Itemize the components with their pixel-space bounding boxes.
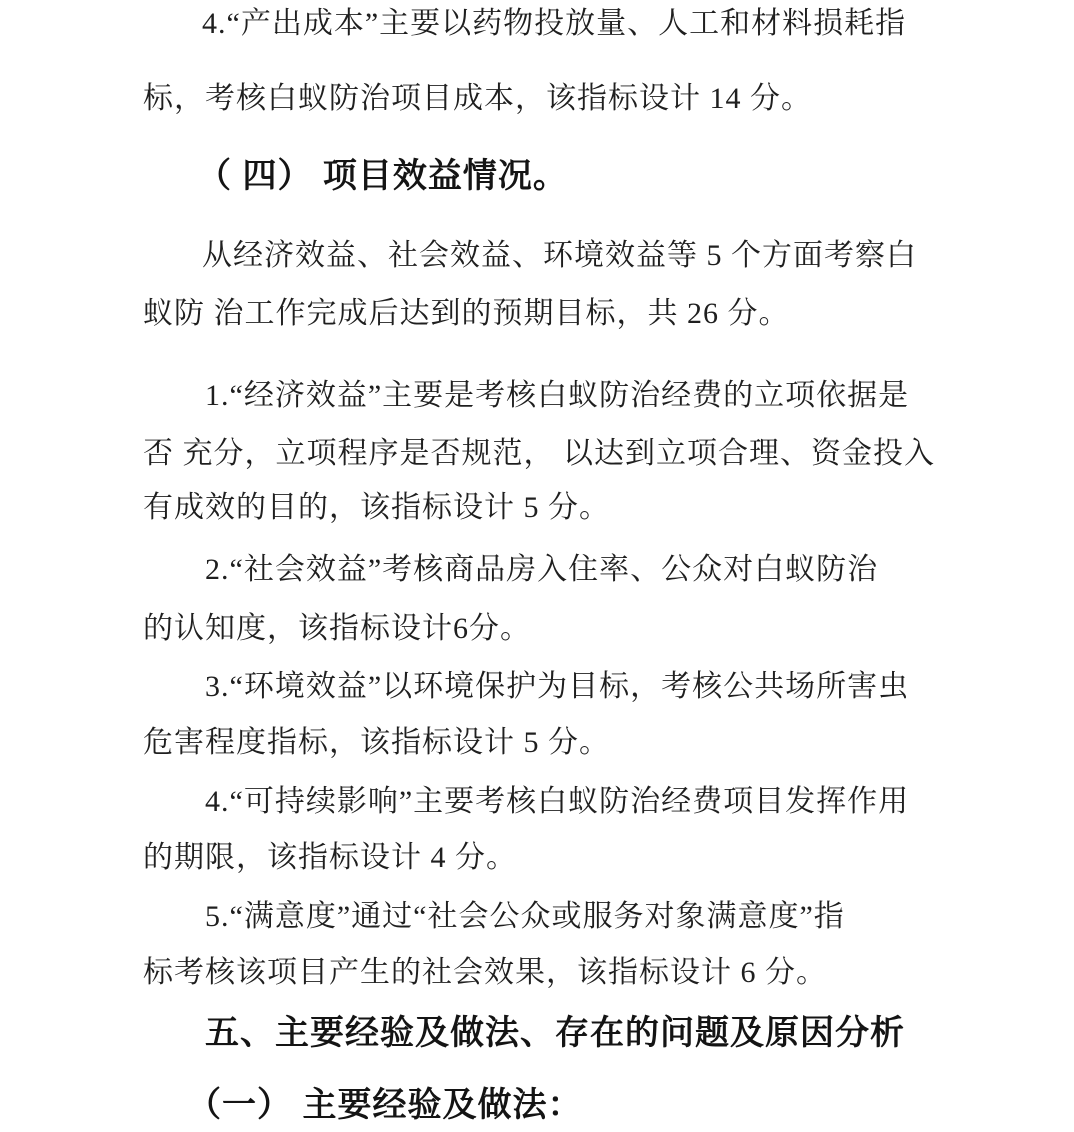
heading-section-4-benefits: （ 四） 项目效益情况。: [197, 156, 568, 197]
line-social-benefit-1: 2.“社会效益”考核商品房入住率、公众对白蚁防治: [205, 552, 878, 588]
line-satisfaction-2: 标考核该项目产生的社会效果，该指标设计 6 分。: [143, 955, 827, 991]
heading-section-5-experience: 五、主要经验及做法、存在的问题及原因分析: [205, 1013, 905, 1054]
line-economic-benefit-1: 1.“经济效益”主要是考核白蚁防治经费的立项依据是: [205, 378, 909, 414]
line-sustain-impact-2: 的期限，该指标设计 4 分。: [143, 840, 517, 876]
line-env-benefit-2: 危害程度指标，该指标设计 5 分。: [143, 725, 610, 761]
line-social-benefit-2: 的认知度，该指标设计6分。: [143, 611, 531, 647]
heading-main-experience: （一） 主要经验及做法：: [187, 1085, 582, 1126]
line-economic-benefit-3: 有成效的目的，该指标设计 5 分。: [143, 490, 610, 526]
document-page: 4.“产出成本”主要以药物投放量、人工和材料损耗指 标，考核白蚁防治项目成本，该…: [0, 0, 1074, 1132]
line-benefit-overview-2: 蚁防 治工作完成后达到的预期目标，共 26 分。: [143, 296, 790, 332]
line-benefit-overview-1: 从经济效益、社会效益、环境效益等 5 个方面考察白: [202, 238, 917, 274]
line-sustain-impact-1: 4.“可持续影响”主要考核白蚁防治经费项目发挥作用: [205, 784, 909, 820]
line-satisfaction-1: 5.“满意度”通过“社会公众或服务对象满意度”指: [205, 899, 845, 935]
line-produce-cost-2: 标，考核白蚁防治项目成本，该指标设计 14 分。: [143, 81, 812, 117]
line-economic-benefit-2: 否 充分，立项程序是否规范， 以达到立项合理、资金投入: [143, 436, 935, 472]
line-env-benefit-1: 3.“环境效益”以环境保护为目标，考核公共场所害虫: [205, 669, 909, 705]
line-produce-cost-1: 4.“产出成本”主要以药物投放量、人工和材料损耗指: [202, 6, 906, 42]
